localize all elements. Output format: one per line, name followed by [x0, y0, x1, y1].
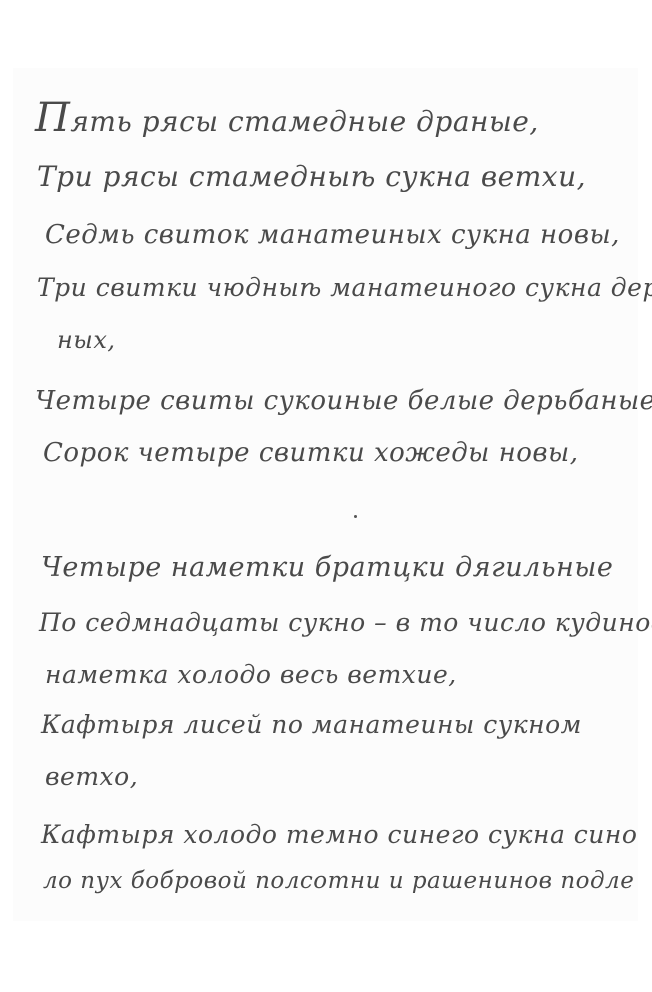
manuscript-line-13: Кафтыря холодо темно синего сукна сино [41, 820, 637, 849]
manuscript-line-3: Седмь свиток манатеиных сукна новы, [45, 220, 620, 250]
manuscript-line-11: Кафтыря лисей по манатеины сукном [41, 710, 582, 739]
manuscript-line-14: ло пух бобровой полсотни и рашенинов под… [43, 868, 634, 894]
initial-letter: П [35, 95, 70, 141]
manuscript-line-10: наметка холодо весь ветхие, [45, 660, 457, 689]
manuscript-line-12: ветхо, [45, 762, 138, 791]
manuscript-line-9: По седмнадцаты сукно – в то число кудино… [39, 608, 652, 637]
line-text: По седмнадцаты сукно – в то число кудино… [39, 608, 652, 637]
line-text: Четыре свиты сукоиные белые дерьбаные, [35, 386, 652, 416]
manuscript-line-6: Четыре свиты сукоиные белые дерьбаные, [35, 386, 652, 416]
manuscript-line-4: Три свитки чюдныѣ манатеиного сукна дерб… [37, 273, 652, 302]
manuscript-line-7: Сорок четыре свитки хожеды новы, [43, 438, 578, 468]
line-text: ять рясы стамедные драные, [70, 105, 538, 138]
line-text: Три рясы стамедныѣ сукна ветхи, [37, 160, 586, 193]
line-text: Четыре наметки братцки дягильные [41, 552, 613, 583]
line-text: ветхо, [45, 762, 138, 791]
manuscript-line-2: Три рясы стамедныѣ сукна ветхи, [37, 160, 586, 193]
manuscript-page: Пять рясы стамедные драные, Три рясы ста… [13, 68, 638, 921]
manuscript-line-1: Пять рясы стамедные драные, [35, 98, 539, 138]
line-text: Кафтыря лисей по манатеины сукном [41, 710, 582, 739]
line-text: наметка холодо весь ветхие, [45, 660, 457, 689]
line-text: Сорок четыре свитки хожеды новы, [43, 438, 578, 468]
manuscript-line-8: Четыре наметки братцки дягильные [41, 552, 613, 583]
ink-dot [354, 515, 357, 518]
line-text: ных, [57, 326, 116, 354]
manuscript-line-5: ных, [57, 326, 116, 354]
line-text: ло пух бобровой полсотни и рашенинов под… [43, 868, 634, 894]
line-text: Кафтыря холодо темно синего сукна сино [41, 820, 637, 849]
line-text: Три свитки чюдныѣ манатеиного сукна дерб… [37, 273, 652, 302]
line-text: Седмь свиток манатеиных сукна новы, [45, 220, 620, 250]
